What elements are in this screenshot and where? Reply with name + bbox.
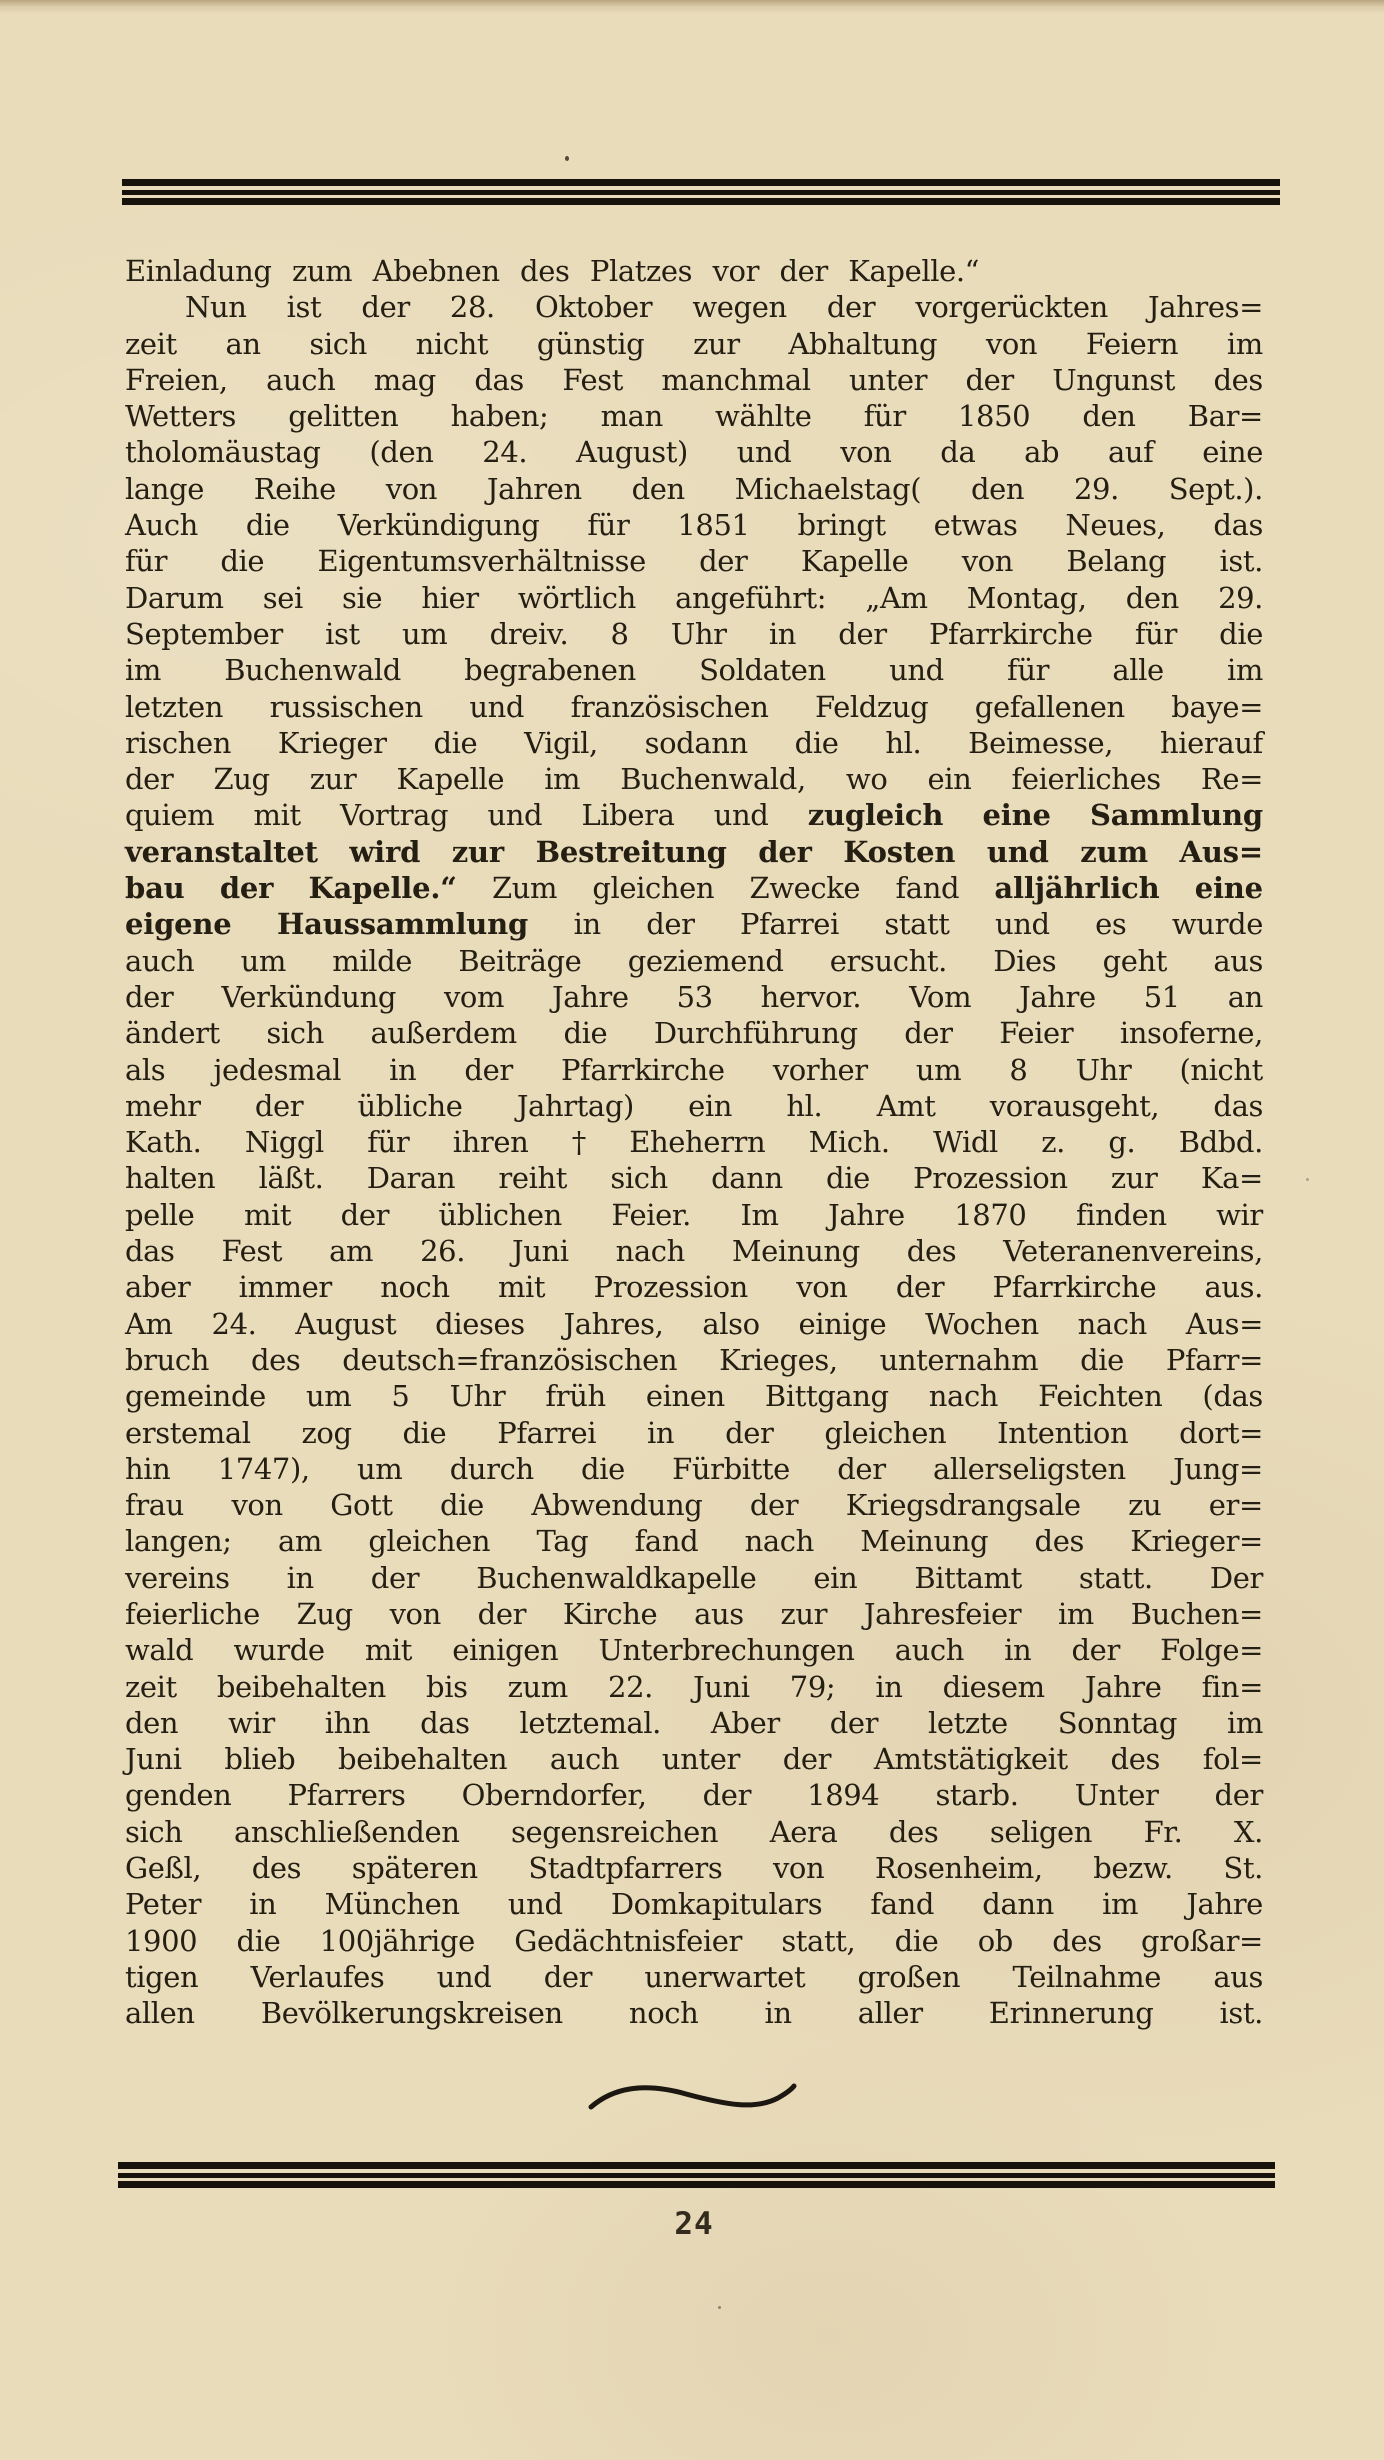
text-segment: also: [702, 1306, 759, 1342]
text-line: waldwurdemiteinigenUnterbrechungenauchin…: [125, 1632, 1263, 1668]
text-segment: 22.: [608, 1669, 653, 1705]
text-segment: der: [1215, 1777, 1263, 1813]
text-line: quiemmitVortragundLiberaundzugleicheineS…: [125, 797, 1263, 833]
text-segment: dreiv.: [490, 616, 569, 652]
text-segment: von: [390, 1596, 441, 1632]
text-segment: Pfarrei: [740, 906, 839, 942]
text-segment: Abwendung: [531, 1487, 702, 1523]
text-segment: reiht: [498, 1160, 567, 1196]
text-line: ändertsichaußerdemdieDurchführungderFeie…: [125, 1015, 1263, 1051]
text-segment: Bittgang: [765, 1378, 889, 1414]
bold-text-segment: Bestreitung: [536, 834, 727, 870]
text-segment: als: [125, 1052, 165, 1088]
text-segment: und: [437, 1959, 492, 1995]
text-line: veranstaltetwirdzurBestreitungderKostenu…: [125, 834, 1263, 870]
text-segment: feierliche: [125, 1596, 260, 1632]
text-segment: der: [838, 616, 886, 652]
text-segment: Aber: [711, 1705, 780, 1741]
text-segment: der: [646, 906, 694, 942]
rule-line: [118, 2181, 1275, 2188]
text-segment: der: [965, 362, 1013, 398]
text-segment: 1870: [954, 1197, 1026, 1233]
bold-text-segment: Kapelle.“: [309, 870, 457, 906]
text-segment: Aus=: [1186, 1306, 1263, 1342]
text-segment: Jahres=: [1148, 289, 1263, 325]
text-segment: und: [737, 434, 792, 470]
text-line: frauvonGottdieAbwendungderKriegsdrangsal…: [125, 1487, 1263, 1523]
text-segment: nicht: [416, 326, 489, 362]
text-segment: zu: [1128, 1487, 1161, 1523]
text-segment: zur: [693, 326, 740, 362]
text-segment: wald: [125, 1632, 193, 1668]
text-segment: Kapelle: [801, 543, 909, 579]
text-segment: wählte: [715, 398, 811, 434]
text-segment: ein: [688, 1088, 732, 1124]
text-segment: genden: [125, 1777, 231, 1813]
text-segment: Dies: [993, 943, 1056, 979]
text-segment: Unterbrechungen: [598, 1632, 854, 1668]
text-segment: einigen: [452, 1632, 558, 1668]
text-segment: Stadtpfarrers: [528, 1850, 722, 1886]
text-segment: zeit: [125, 326, 177, 362]
text-segment: zum: [508, 1669, 568, 1705]
text-segment: hierauf: [1160, 725, 1263, 761]
text-segment: Zwecke: [749, 870, 860, 906]
text-segment: der: [783, 1741, 831, 1777]
text-segment: Amtstätigkeit: [874, 1741, 1068, 1777]
text-segment: 1747),: [218, 1451, 310, 1487]
text-segment: milde: [332, 943, 412, 979]
text-segment: Freien,: [125, 362, 228, 398]
text-segment: Vom: [909, 979, 971, 1015]
text-segment: Bdbd.: [1179, 1124, 1263, 1160]
top-rule: [122, 179, 1280, 205]
text-segment: das: [420, 1705, 470, 1741]
text-line: fürdieEigentumsverhältnissederKapellevon…: [125, 543, 1263, 579]
text-segment: vereins: [125, 1560, 230, 1596]
text-segment: segensreichen: [511, 1814, 718, 1850]
text-segment: und: [508, 1886, 563, 1922]
text-segment: vorgerückten: [915, 289, 1107, 325]
text-segment: der: [361, 289, 409, 325]
text-segment: gelitten: [288, 398, 398, 434]
text-segment: Vortrag: [340, 797, 448, 833]
text-segment: Niggl: [245, 1124, 324, 1160]
text-segment: der: [904, 1015, 952, 1051]
text-line: derVerkündungvomJahre53hervor.VomJahre51…: [125, 979, 1263, 1015]
text-segment: den: [971, 471, 1024, 507]
text-segment: die: [246, 507, 290, 543]
text-line: langen;amgleichenTagfandnachMeinungdesKr…: [125, 1523, 1263, 1559]
text-segment: statt: [884, 906, 949, 942]
text-segment: 1851: [677, 507, 749, 543]
text-segment: Neues,: [1065, 507, 1165, 543]
text-segment: das: [125, 1233, 175, 1269]
text-segment: am: [278, 1523, 322, 1559]
text-segment: (das: [1202, 1378, 1262, 1414]
text-segment: ersucht.: [830, 943, 947, 979]
text-segment: gemeinde: [125, 1378, 266, 1414]
text-segment: das: [474, 362, 524, 398]
text-segment: es: [1095, 906, 1126, 942]
text-segment: auch: [895, 1632, 964, 1668]
text-segment: Domkapitulars: [611, 1886, 822, 1922]
text-segment: da: [940, 434, 975, 470]
text-segment: Pfarrkirche: [561, 1052, 725, 1088]
text-segment: alle: [1112, 652, 1163, 688]
text-segment: mehr: [125, 1088, 201, 1124]
text-segment: in: [574, 906, 601, 942]
text-line: feierlicheZugvonderKircheauszurJahresfei…: [125, 1596, 1263, 1632]
text-segment: Juni: [125, 1741, 182, 1777]
text-segment: zeit: [125, 1669, 177, 1705]
text-line: bauderKapelle.“ZumgleichenZweckefandallj…: [125, 870, 1263, 906]
text-segment: vorher: [773, 1052, 868, 1088]
text-segment: Tag: [537, 1523, 589, 1559]
text-segment: die: [237, 1923, 281, 1959]
text-segment: fol=: [1203, 1741, 1263, 1777]
text-segment: wir: [1216, 1197, 1263, 1233]
text-segment: von: [773, 1850, 824, 1886]
text-segment: Krieger=: [1130, 1523, 1263, 1559]
text-line: vereinsinderBuchenwaldkapelleeinBittamts…: [125, 1560, 1263, 1596]
text-segment: Peter: [125, 1886, 201, 1922]
text-segment: erstemal: [125, 1415, 251, 1451]
text-segment: Auch: [125, 507, 198, 543]
text-segment: die: [563, 1015, 607, 1051]
text-segment: Oktober: [535, 289, 652, 325]
text-segment: Verkündigung: [338, 507, 540, 543]
text-segment: sodann: [645, 725, 748, 761]
text-segment: manchmal: [661, 362, 810, 398]
text-segment: Feldzug: [815, 689, 928, 725]
text-segment: in: [769, 616, 796, 652]
text-segment: ihn: [325, 1705, 370, 1741]
text-segment: Feier.: [611, 1197, 691, 1233]
text-segment: Am: [125, 1306, 173, 1342]
bold-text-segment: und: [987, 834, 1049, 870]
text-segment: Eheherrn: [629, 1124, 765, 1160]
text-segment: Verlaufes: [251, 1959, 385, 1995]
text-line: Am24.AugustdiesesJahres,alsoeinigeWochen…: [125, 1306, 1263, 1342]
text-segment: begrabenen: [464, 652, 636, 688]
text-line: erstemalzogdiePfarreiindergleichenIntent…: [125, 1415, 1263, 1451]
text-segment: finden: [1076, 1197, 1167, 1233]
text-segment: halten: [125, 1160, 215, 1196]
text-segment: bruch: [125, 1342, 209, 1378]
bold-text-segment: bau: [125, 870, 185, 906]
text-segment: geziemend: [628, 943, 784, 979]
text-segment: wegen: [692, 289, 786, 325]
text-segment: Feier: [999, 1015, 1073, 1051]
text-segment: dort=: [1179, 1415, 1263, 1451]
text-segment: von: [840, 434, 891, 470]
text-segment: lange: [125, 471, 204, 507]
text-segment: aber: [125, 1269, 190, 1305]
text-segment: von: [231, 1487, 282, 1523]
text-segment: 79;: [790, 1669, 835, 1705]
text-segment: pelle: [125, 1197, 194, 1233]
text-segment: das: [1213, 1088, 1263, 1124]
text-segment: Bevölkerungskreisen: [261, 1995, 563, 2031]
text-segment: starb.: [935, 1777, 1018, 1813]
text-segment: russischen: [270, 689, 423, 725]
text-segment: in: [875, 1669, 902, 1705]
text-line: zeitansichnichtgünstigzurAbhaltungvonFei…: [125, 326, 1263, 362]
text-segment: Belang: [1066, 543, 1166, 579]
text-segment: Kapelle: [397, 761, 505, 797]
text-segment: dann: [982, 1886, 1054, 1922]
text-segment: um: [402, 616, 447, 652]
text-segment: Re=: [1201, 761, 1263, 797]
text-segment: Erinnerung: [989, 1995, 1154, 2031]
text-segment: für: [1007, 652, 1049, 688]
text-segment: an: [226, 326, 261, 362]
text-line: PeterinMünchenundDomkapitularsfanddannim…: [125, 1886, 1263, 1922]
rule-line: [122, 198, 1280, 205]
text-segment: Fr.: [1144, 1814, 1183, 1850]
text-segment: vorausgeht,: [990, 1088, 1159, 1124]
text-segment: mit: [365, 1632, 412, 1668]
text-segment: beibehalten: [217, 1669, 386, 1705]
text-segment: im: [1227, 652, 1263, 688]
text-line: Darumseisiehierwörtlichangeführt:„AmMont…: [125, 580, 1263, 616]
text-segment: anschließenden: [234, 1814, 460, 1850]
text-segment: blieb: [224, 1741, 295, 1777]
text-segment: 8: [611, 616, 629, 652]
text-segment: Krieger: [278, 725, 387, 761]
text-segment: wörtlich: [518, 580, 636, 616]
text-segment: Beiträge: [458, 943, 581, 979]
text-segment: außerdem: [370, 1015, 516, 1051]
bold-text-segment: Kosten: [843, 834, 955, 870]
text-segment: ändert: [125, 1015, 220, 1051]
text-segment: Intention: [997, 1415, 1128, 1451]
text-segment: zog: [302, 1415, 352, 1451]
text-segment: sie: [342, 580, 382, 616]
text-segment: Zug: [213, 761, 269, 797]
text-segment: für: [1135, 616, 1177, 652]
text-segment: haben;: [451, 398, 549, 434]
text-segment: Zum: [492, 870, 557, 906]
text-segment: letztemal.: [520, 1705, 661, 1741]
text-segment: mit: [498, 1269, 545, 1305]
text-segment: Fest: [222, 1233, 283, 1269]
swash-flourish-icon: [585, 2080, 800, 2114]
text-segment: August: [295, 1306, 396, 1342]
text-line: Kath.Nigglfürihren†EheherrnMich.Widlz.g.…: [125, 1124, 1263, 1160]
text-segment: der: [125, 979, 173, 1015]
text-segment: und: [469, 689, 524, 725]
text-segment: von: [796, 1269, 847, 1305]
text-segment: auch: [550, 1741, 619, 1777]
text-segment: Beimesse,: [968, 725, 1113, 761]
text-segment: gefallenen: [975, 689, 1125, 725]
text-segment: unter: [662, 1741, 740, 1777]
text-segment: an: [1228, 979, 1263, 1015]
text-segment: für: [587, 507, 629, 543]
body-text: Einladung zum Abebnen des Platzes vor de…: [125, 253, 1263, 2032]
text-segment: Einladung zum Abebnen des Platzes vor de…: [125, 254, 979, 288]
text-segment: tholomäustag: [125, 434, 321, 470]
bold-text-segment: veranstaltet: [125, 834, 318, 870]
text-segment: in: [389, 1052, 416, 1088]
text-segment: insoferne,: [1120, 1015, 1263, 1051]
text-segment: des: [252, 1850, 301, 1886]
text-segment: der: [464, 1052, 512, 1088]
text-segment: 28.: [450, 289, 495, 325]
text-segment: den: [125, 1705, 178, 1741]
text-segment: Rosenheim,: [875, 1850, 1043, 1886]
text-segment: der: [255, 1088, 303, 1124]
text-line: dasFestam26.JuninachMeinungdesVeteranenv…: [125, 1233, 1263, 1269]
text-segment: Durchführung: [654, 1015, 858, 1051]
text-segment: und: [714, 797, 769, 833]
text-segment: hl.: [885, 725, 921, 761]
text-segment: sich: [309, 326, 366, 362]
text-segment: X.: [1234, 1814, 1263, 1850]
bold-text-segment: alljährlich: [994, 870, 1159, 906]
text-segment: auch: [266, 362, 335, 398]
text-segment: Jahren: [487, 471, 582, 507]
text-segment: das: [1213, 507, 1263, 543]
text-segment: die: [826, 1160, 870, 1196]
text-segment: Buchen=: [1131, 1596, 1263, 1632]
text-segment: Ka=: [1201, 1160, 1263, 1196]
text-segment: Jung=: [1173, 1451, 1263, 1487]
text-segment: September: [125, 616, 283, 652]
text-segment: Krieges,: [719, 1342, 838, 1378]
text-segment: hier: [421, 580, 478, 616]
text-segment: einige: [799, 1306, 887, 1342]
text-segment: hl.: [786, 1088, 822, 1124]
text-segment: Pfarrkirche: [993, 1269, 1157, 1305]
text-segment: Jahres,: [564, 1306, 664, 1342]
text-segment: der: [830, 1705, 878, 1741]
text-segment: auch: [125, 943, 194, 979]
text-segment: fand: [895, 870, 959, 906]
text-line: denwirihndasletztemal.AberderletzteSonnt…: [125, 1705, 1263, 1741]
text-segment: hervor.: [761, 979, 862, 1015]
text-segment: läßt.: [259, 1160, 324, 1196]
text-segment: Aera: [770, 1814, 838, 1850]
text-segment: nach: [616, 1233, 685, 1269]
text-segment: St.: [1223, 1850, 1263, 1886]
text-segment: 100jährige: [320, 1923, 475, 1959]
text-segment: rischen: [125, 725, 231, 761]
text-line: AuchdieVerkündigungfür1851bringtetwasNeu…: [125, 507, 1263, 543]
text-segment: Mich.: [809, 1124, 890, 1160]
text-segment: tigen: [125, 1959, 198, 1995]
text-segment: Nun: [185, 289, 247, 325]
text-segment: aller: [858, 1995, 923, 2031]
text-segment: beibehalten: [338, 1741, 507, 1777]
text-segment: Im: [741, 1197, 779, 1233]
text-segment: 1900: [125, 1923, 197, 1959]
text-segment: die: [795, 725, 839, 761]
text-segment: Montag,: [967, 580, 1087, 616]
text-segment: hin: [125, 1451, 170, 1487]
text-segment: Pfarrkirche: [929, 616, 1093, 652]
text-segment: die: [895, 1923, 939, 1959]
text-segment: wir: [228, 1705, 275, 1741]
page-number: 24: [125, 2206, 1263, 2242]
text-segment: Buchenwaldkapelle: [476, 1560, 756, 1596]
text-segment: von: [386, 471, 437, 507]
text-segment: Wochen: [925, 1306, 1039, 1342]
text-segment: quiem: [125, 797, 214, 833]
text-segment: Abhaltung: [788, 326, 937, 362]
text-segment: der: [544, 1959, 592, 1995]
text-segment: geht: [1103, 943, 1167, 979]
text-segment: im: [125, 652, 161, 688]
text-segment: Pfarr=: [1166, 1342, 1263, 1378]
text-line: Septemberistumdreiv.8UhrinderPfarrkirche…: [125, 616, 1263, 652]
text-segment: wo: [846, 761, 887, 797]
text-segment: eine: [1202, 434, 1263, 470]
text-segment: 8: [1009, 1052, 1027, 1088]
text-segment: 5: [391, 1378, 409, 1414]
bold-text-segment: Haussammlung: [277, 906, 528, 942]
text-segment: Bar=: [1188, 398, 1263, 434]
text-segment: Fest: [562, 362, 623, 398]
text-line: 1900die100jährigeGedächtnisfeierstatt,di…: [125, 1923, 1263, 1959]
text-segment: großen: [858, 1959, 961, 1995]
text-segment: in: [647, 1415, 674, 1451]
text-segment: vom: [444, 979, 504, 1015]
text-segment: Kath.: [125, 1124, 202, 1160]
text-segment: Kirche: [563, 1596, 657, 1632]
bold-text-segment: eigene: [125, 906, 232, 942]
text-line: Freien,auchmagdasFestmanchmalunterderUng…: [125, 362, 1263, 398]
text-segment: der: [125, 761, 173, 797]
text-segment: (den: [369, 434, 433, 470]
text-line: derZugzurKapelleimBuchenwald,woeinfeierl…: [125, 761, 1263, 797]
text-segment: Unter: [1075, 1777, 1159, 1813]
text-segment: er=: [1209, 1487, 1263, 1523]
text-segment: Juni: [512, 1233, 569, 1269]
text-segment: Wetters: [125, 398, 236, 434]
text-line: mehrderüblicheJahrtag)einhl.Amtvorausgeh…: [125, 1088, 1263, 1124]
text-segment: Vigil,: [524, 725, 598, 761]
text-segment: um: [241, 943, 286, 979]
bold-text-segment: eine: [1195, 870, 1263, 906]
text-segment: feierliches: [1011, 761, 1160, 797]
text-segment: Pfarrers: [288, 1777, 406, 1813]
text-segment: mag: [374, 362, 436, 398]
text-segment: üblichen: [439, 1197, 562, 1233]
text-segment: ein: [813, 1560, 857, 1596]
text-line: auchummildeBeiträgegeziemendersucht.Dies…: [125, 943, 1263, 979]
text-segment: im: [1102, 1886, 1138, 1922]
text-segment: etwas: [934, 507, 1018, 543]
text-segment: ist: [287, 289, 322, 325]
text-segment: Juni: [693, 1669, 750, 1705]
text-segment: z.: [1041, 1124, 1065, 1160]
text-segment: Kriegsdrangsale: [846, 1487, 1081, 1523]
text-segment: auf: [1108, 434, 1154, 470]
text-segment: nach: [1078, 1306, 1147, 1342]
text-segment: der: [699, 543, 747, 579]
text-segment: Libera: [581, 797, 674, 833]
text-line: Einladung zum Abebnen des Platzes vor de…: [125, 253, 1263, 289]
text-segment: von: [986, 326, 1037, 362]
text-segment: späteren: [352, 1850, 478, 1886]
text-segment: des: [251, 1342, 300, 1378]
text-segment: †: [572, 1124, 586, 1160]
text-segment: zur: [780, 1596, 827, 1632]
text-segment: Gott: [330, 1487, 392, 1523]
